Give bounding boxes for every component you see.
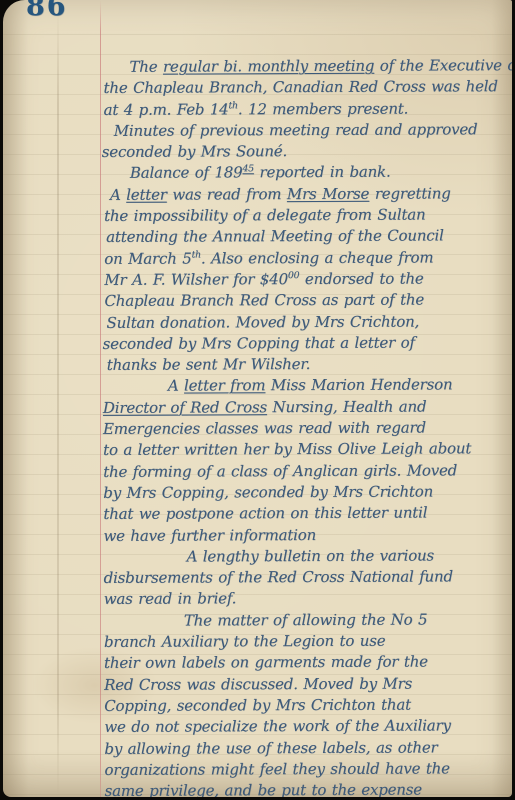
page-number: 86 bbox=[26, 0, 68, 22]
manuscript-text-segment: same privilege, and be put to the expens… bbox=[105, 781, 422, 797]
manuscript-line: A letter was read from Mrs Morse regrett… bbox=[102, 183, 512, 206]
manuscript-line: branch Auxiliary to the Legion to use bbox=[104, 630, 512, 653]
manuscript-line: we have further information bbox=[103, 524, 512, 547]
manuscript-text-segment: that we postpone action on this letter u… bbox=[103, 504, 427, 523]
manuscript-text-segment: by allowing the use of these labels, as … bbox=[104, 738, 437, 757]
manuscript-text-segment: Chapleau Branch Red Cross as part of the bbox=[104, 291, 424, 310]
manuscript-text-segment: letter bbox=[126, 185, 167, 203]
manuscript-text-segment: Balance of 189 bbox=[130, 164, 243, 182]
manuscript-text-segment: Emergencies classes was read with regard bbox=[103, 419, 426, 438]
manuscript-line: Minutes of previous meeting read and app… bbox=[102, 119, 512, 142]
manuscript-text-segment: the Chapleau Branch, Canadian Red Cross … bbox=[103, 77, 497, 97]
manuscript-line: the Chapleau Branch, Canadian Red Cross … bbox=[101, 76, 512, 99]
manuscript-text-segment: 45 bbox=[242, 164, 253, 175]
manuscript-text-segment: Copping, seconded by Mrs Crichton that bbox=[104, 695, 411, 714]
manuscript-text-segment: Minutes of previous meeting read and app… bbox=[114, 120, 478, 140]
manuscript-text-segment: Red Cross was discussed. Moved by Mrs bbox=[104, 674, 412, 693]
manuscript-line: to a letter written her by Miss Olive Le… bbox=[103, 438, 512, 461]
manuscript-line: Chapleau Branch Red Cross as part of the bbox=[102, 289, 512, 312]
manuscript-text-segment: th bbox=[228, 100, 237, 111]
manuscript-line: on March 5th. Also enclosing a cheque fr… bbox=[102, 247, 512, 270]
manuscript-text-segment: . Also enclosing a cheque from bbox=[201, 248, 434, 267]
manuscript-text-segment: letter from bbox=[184, 377, 265, 395]
manuscript-text-segment: the impossibility of a delegate from Sul… bbox=[104, 206, 425, 225]
manuscript-text-segment: was read in brief. bbox=[104, 590, 237, 609]
manuscript-line: Director of Red Cross Nursing, Health an… bbox=[103, 396, 512, 419]
manuscript-text-segment: A bbox=[110, 186, 126, 204]
manuscript-text-segment: on March 5 bbox=[104, 249, 191, 267]
manuscript-line: their own labels on garments made for th… bbox=[104, 651, 512, 674]
scanned-document: 86 The regular bi. monthly meeting of th… bbox=[0, 0, 515, 800]
handwritten-text: The regular bi. monthly meeting of the E… bbox=[101, 55, 512, 797]
manuscript-line: that we postpone action on this letter u… bbox=[103, 502, 512, 525]
manuscript-text-segment: by Mrs Copping, seconded by Mrs Crichton bbox=[103, 482, 433, 501]
manuscript-text-segment: Nursing, Health and bbox=[267, 397, 426, 416]
manuscript-text-segment: we have further information bbox=[103, 526, 316, 545]
manuscript-line: Emergencies classes was read with regard bbox=[103, 417, 512, 440]
manuscript-line: seconded by Mrs Souné. bbox=[102, 140, 512, 163]
manuscript-text-segment: . 12 members present. bbox=[238, 99, 408, 118]
manuscript-text-segment: attending the Annual Meeting of the Coun… bbox=[106, 227, 444, 246]
manuscript-line: we do not specialize the work of the Aux… bbox=[104, 715, 512, 738]
manuscript-line: at 4 p.m. Feb 14th. 12 members present. bbox=[102, 98, 512, 121]
manuscript-text-segment: Sultan donation. Moved by Mrs Crichton, bbox=[106, 312, 419, 331]
manuscript-line: thanks be sent Mr Wilsher. bbox=[103, 353, 512, 376]
manuscript-line: A letter from Miss Marion Henderson bbox=[103, 375, 512, 398]
manuscript-line: Mr A. F. Wilsher for $4000 endorsed to t… bbox=[102, 268, 512, 291]
manuscript-text-segment: The matter of allowing the No 5 bbox=[184, 610, 428, 629]
manuscript-line: Balance of 18945 reported in bank. bbox=[102, 162, 512, 185]
manuscript-line: seconded by Mrs Copping that a letter of bbox=[103, 332, 512, 355]
manuscript-line: Red Cross was discussed. Moved by Mrs bbox=[104, 673, 512, 696]
manuscript-text-segment: Director of Red Cross bbox=[103, 398, 267, 417]
manuscript-text-segment: 00 bbox=[288, 270, 299, 281]
manuscript-line: the impossibility of a delegate from Sul… bbox=[102, 204, 512, 227]
manuscript-text-segment: Mr A. F. Wilsher for $40 bbox=[104, 270, 288, 289]
manuscript-text-segment: was read from bbox=[167, 185, 287, 204]
manuscript-text-segment: disbursements of the Red Cross National … bbox=[104, 567, 453, 587]
manuscript-line: The regular bi. monthly meeting of the E… bbox=[101, 55, 512, 78]
manuscript-text-segment: organizations might feel they should hav… bbox=[104, 759, 449, 779]
manuscript-text-segment: of the Executive of bbox=[374, 56, 512, 75]
manuscript-text-segment: seconded by Mrs Souné. bbox=[102, 142, 287, 161]
manuscript-text-segment: their own labels on garments made for th… bbox=[104, 653, 428, 672]
manuscript-text-segment: thanks be sent Mr Wilsher. bbox=[107, 355, 311, 374]
manuscript-text-segment: to a letter written her by Miss Olive Le… bbox=[103, 440, 471, 460]
manuscript-text-segment: reported in bank. bbox=[254, 163, 391, 182]
manuscript-text-segment: branch Auxiliary to the Legion to use bbox=[104, 632, 386, 651]
manuscript-line: by allowing the use of these labels, as … bbox=[104, 737, 512, 760]
paper-crease bbox=[57, 10, 59, 797]
manuscript-line: organizations might feel they should hav… bbox=[104, 758, 512, 781]
manuscript-line: same privilege, and be put to the expens… bbox=[105, 779, 512, 797]
manuscript-text-segment: A bbox=[168, 377, 184, 395]
manuscript-line: disbursements of the Red Cross National … bbox=[104, 566, 512, 589]
manuscript-text-segment: th bbox=[192, 249, 201, 260]
manuscript-text-segment: at 4 p.m. Feb 14 bbox=[104, 100, 229, 119]
manuscript-line: Sultan donation. Moved by Mrs Crichton, bbox=[102, 311, 512, 334]
manuscript-text-segment: seconded by Mrs Copping that a letter of bbox=[103, 333, 415, 352]
manuscript-text-segment: endorsed to the bbox=[299, 269, 423, 288]
manuscript-line: The matter of allowing the No 5 bbox=[104, 609, 512, 632]
manuscript-text-segment: we do not specialize the work of the Aux… bbox=[104, 717, 451, 737]
manuscript-page: 86 The regular bi. monthly meeting of th… bbox=[3, 0, 512, 797]
manuscript-text-segment: the forming of a class of Anglican girls… bbox=[103, 461, 457, 481]
manuscript-line: by Mrs Copping, seconded by Mrs Crichton bbox=[103, 481, 512, 504]
manuscript-line: attending the Annual Meeting of the Coun… bbox=[102, 225, 512, 248]
manuscript-text-segment: regretting bbox=[369, 184, 450, 202]
manuscript-line: was read in brief. bbox=[104, 588, 512, 611]
manuscript-text-segment: Mrs Morse bbox=[287, 185, 369, 203]
manuscript-line: the forming of a class of Anglican girls… bbox=[103, 460, 512, 483]
manuscript-text-segment: A lengthy bulletin on the various bbox=[187, 546, 435, 565]
manuscript-text-segment: The bbox=[129, 58, 163, 76]
manuscript-line: Copping, seconded by Mrs Crichton that bbox=[104, 694, 512, 717]
manuscript-text-segment: Miss Marion Henderson bbox=[265, 376, 452, 395]
manuscript-line: A lengthy bulletin on the various bbox=[104, 545, 512, 568]
manuscript-text-segment: regular bi. monthly meeting bbox=[163, 57, 374, 76]
